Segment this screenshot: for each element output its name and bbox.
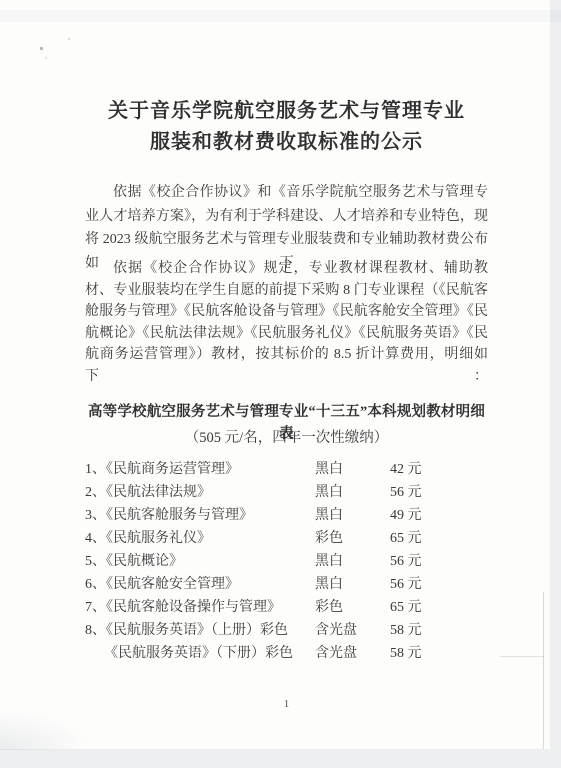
document-title: 关于音乐学院航空服务艺术与管理专业 服装和教材费收取标准的公示	[85, 96, 488, 158]
document-page: 关于音乐学院航空服务艺术与管理专业 服装和教材费收取标准的公示 依据《校企合作协…	[0, 0, 550, 749]
scan-artifact-band	[0, 10, 561, 22]
page-corner-shadow	[0, 710, 90, 750]
item-name: 《民航服务英语》（下册）彩色	[104, 642, 293, 662]
item-price: 42 元	[390, 458, 422, 478]
item-name: 4、《民航服务礼仪》	[85, 527, 211, 547]
scan-speck	[40, 47, 43, 50]
item-name: 5、《民航概论》	[85, 550, 183, 570]
paragraph-details: 依据《校企合作协议》规定，专业教材课程教材、辅助教材、专业服装均在学生自愿的前提…	[85, 258, 488, 409]
textbook-price-table: 1、《民航商务运营管理》 黑白 42 元 2、《民航法律法规》 黑白 56 元 …	[0, 455, 550, 662]
page-edge	[543, 592, 544, 749]
item-price: 58 元	[390, 642, 422, 662]
table-row: 8、《民航服务英语》（上册）彩色 含光盘 58 元	[0, 616, 550, 639]
page-number: 1	[85, 699, 488, 710]
table-row: 2、《民航法律法规》 黑白 56 元	[0, 478, 550, 501]
table-row: 3、《民航客舱服务与管理》 黑白 49 元	[0, 501, 550, 524]
page-edge-fold	[500, 656, 544, 657]
item-color: 黑白	[315, 573, 343, 593]
table-row-continuation: 《民航服务英语》（下册）彩色 含光盘 58 元	[0, 639, 550, 662]
item-color: 黑白	[315, 458, 343, 478]
item-price: 56 元	[390, 550, 422, 570]
table-row: 6、《民航客舱安全管理》 黑白 56 元	[0, 570, 550, 593]
item-color: 彩色	[315, 527, 343, 547]
table-row: 1、《民航商务运营管理》 黑白 42 元	[0, 455, 550, 478]
document-title-line2: 服装和教材费收取标准的公示	[85, 127, 488, 158]
item-color: 含光盘	[315, 642, 357, 662]
item-name: 6、《民航客舱安全管理》	[85, 573, 239, 593]
item-name: 8、《民航服务英语》（上册）彩色	[85, 619, 288, 639]
table-row: 7、《民航客舱设备操作与管理》 彩色 65 元	[0, 593, 550, 616]
item-price: 58 元	[390, 619, 422, 639]
table-row: 5、《民航概论》 黑白 56 元	[0, 547, 550, 570]
item-color: 含光盘	[315, 619, 357, 639]
scan-speck	[68, 38, 70, 40]
table-subtitle: （505 元/名，四年一次性缴纳）	[85, 427, 488, 449]
item-color: 彩色	[315, 596, 343, 616]
scanned-notice-page: { "document": { "title_line1": "关于音乐学院航空…	[0, 0, 561, 768]
table-row: 4、《民航服务礼仪》 彩色 65 元	[0, 524, 550, 547]
item-price: 65 元	[390, 527, 422, 547]
item-price: 56 元	[390, 481, 422, 501]
item-price: 65 元	[390, 596, 422, 616]
item-price: 56 元	[390, 573, 422, 593]
item-color: 黑白	[315, 481, 343, 501]
item-color: 黑白	[315, 550, 343, 570]
item-name: 7、《民航客舱设备操作与管理》	[85, 596, 281, 616]
item-name: 3、《民航客舱服务与管理》	[85, 504, 253, 524]
item-name: 2、《民航法律法规》	[85, 481, 211, 501]
scan-speck	[45, 57, 47, 59]
item-color: 黑白	[315, 504, 343, 524]
item-price: 49 元	[390, 504, 422, 524]
item-name: 1、《民航商务运营管理》	[85, 458, 239, 478]
document-title-line1: 关于音乐学院航空服务艺术与管理专业	[85, 96, 488, 127]
